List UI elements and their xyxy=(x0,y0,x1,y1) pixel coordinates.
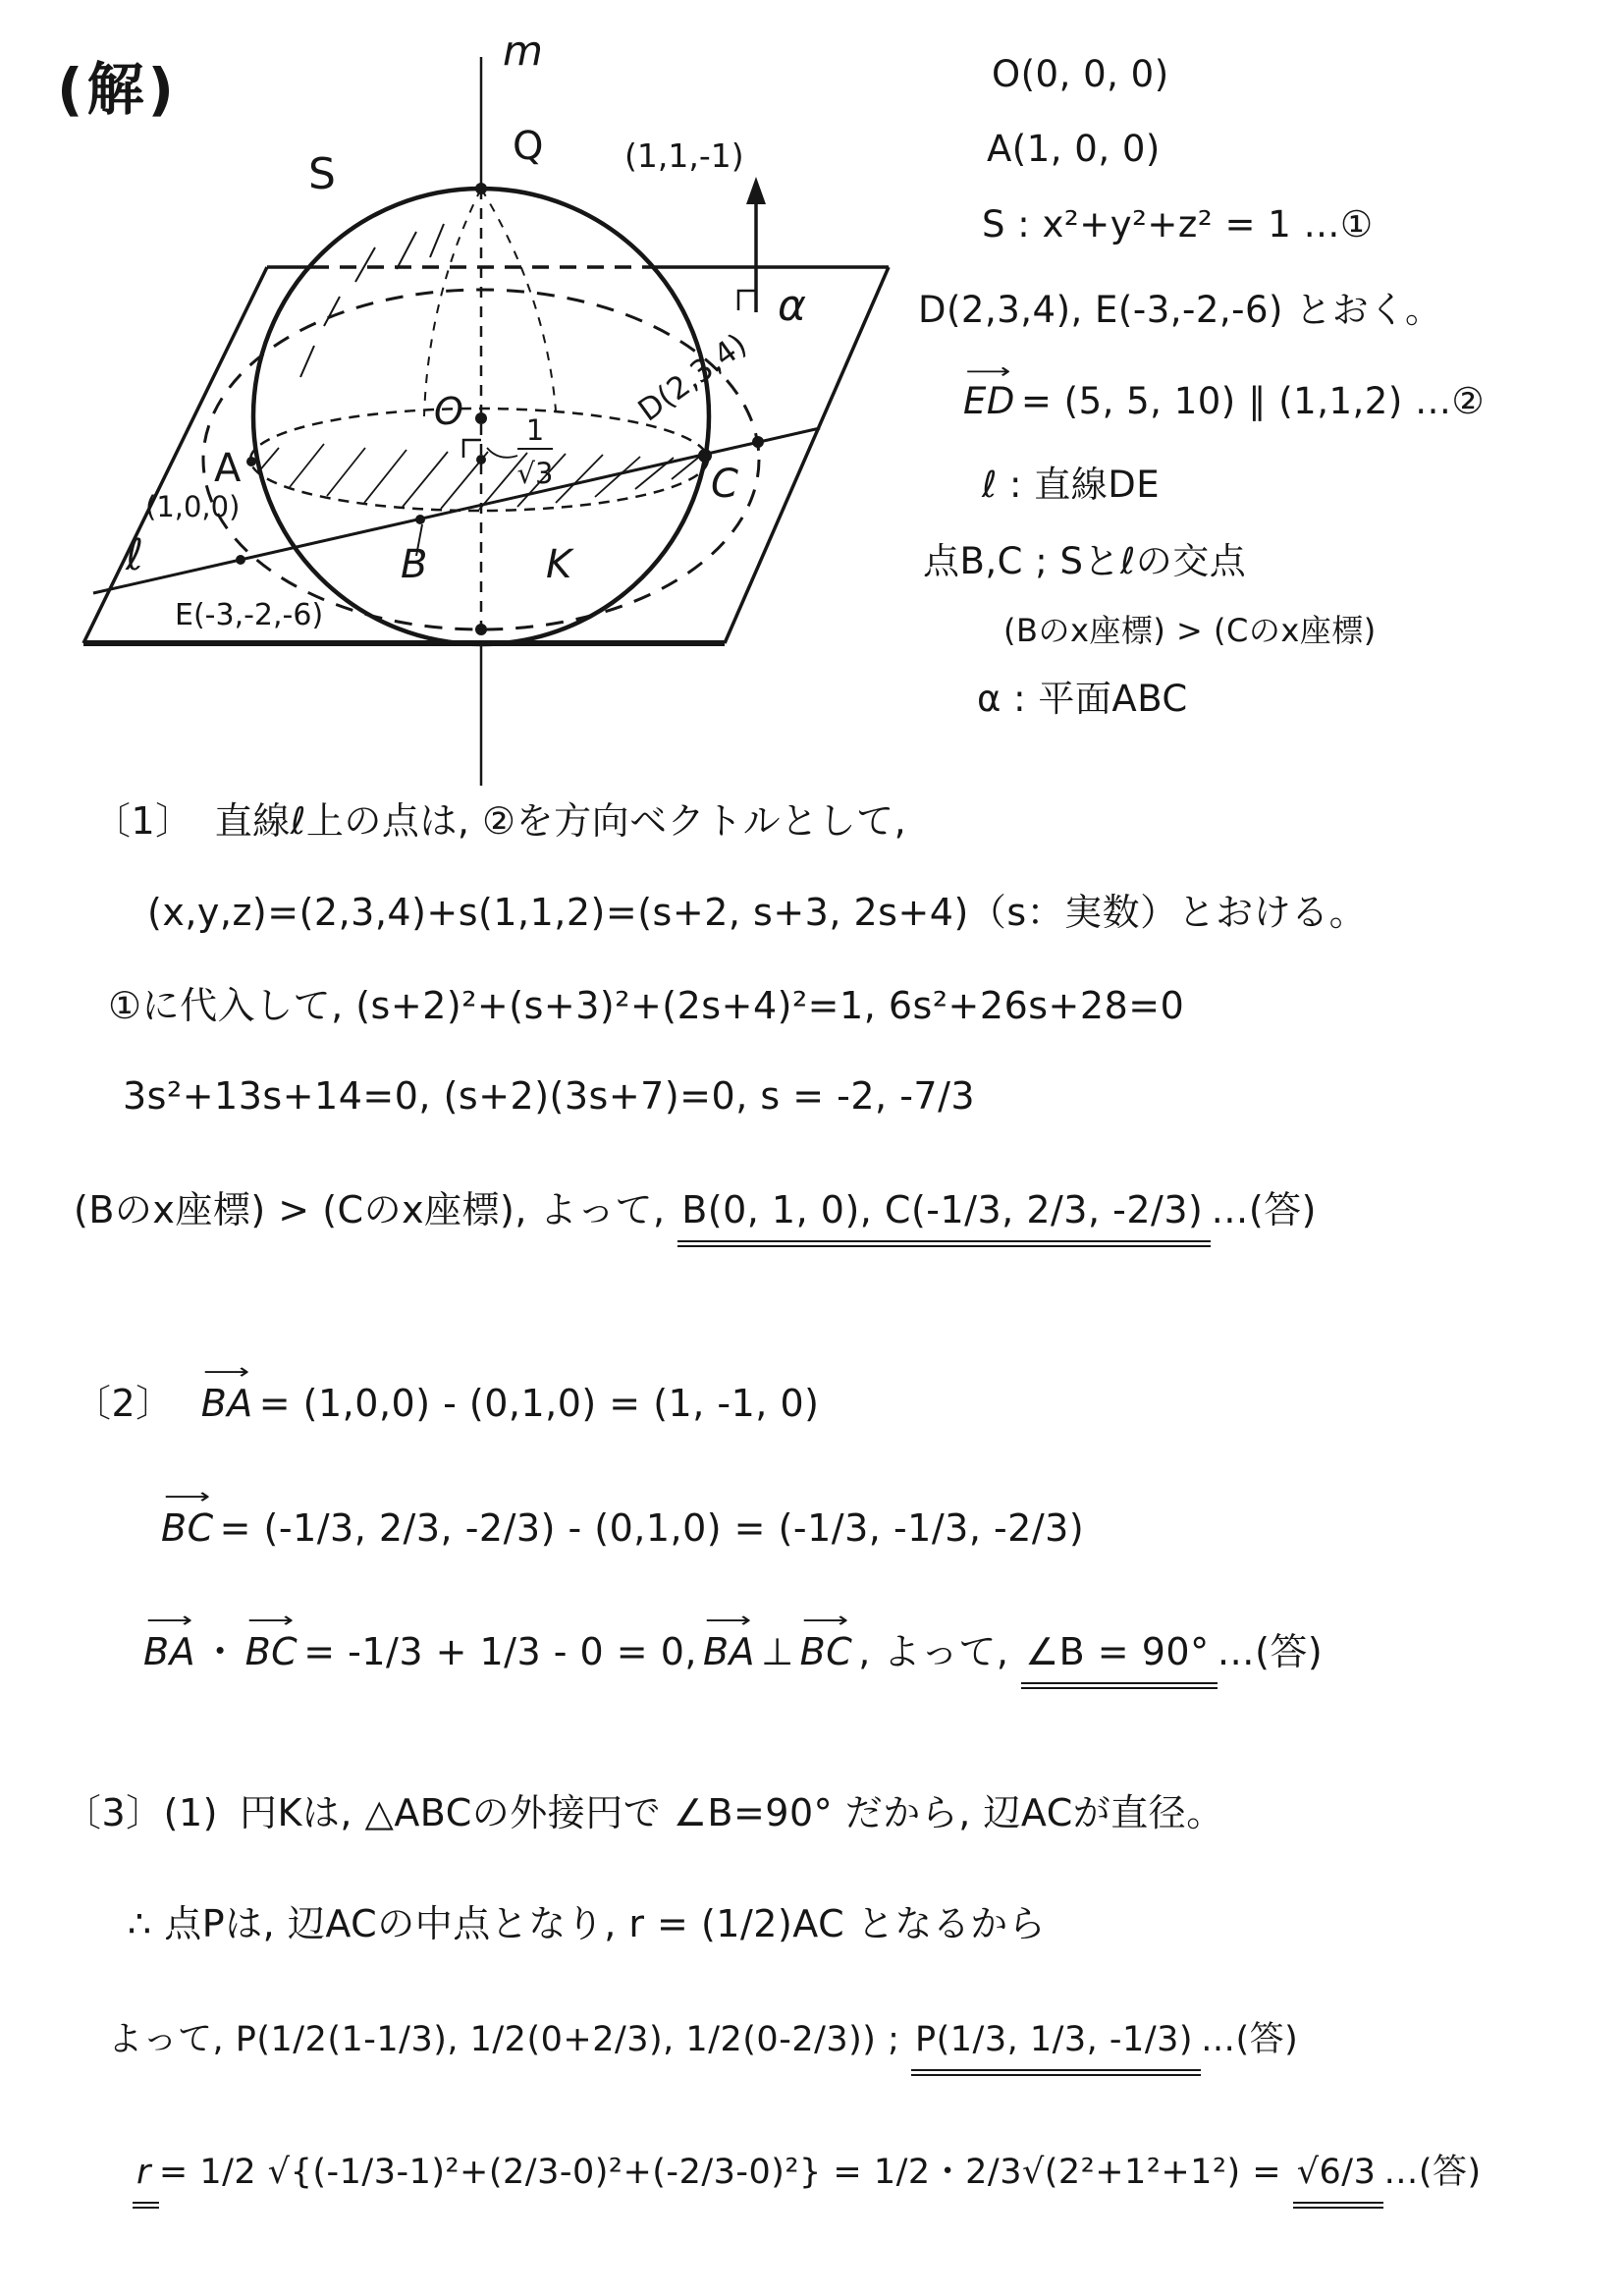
given-line-vector-ed: ED= (5, 5, 10) ∥ (1,1,2) …② xyxy=(957,378,1485,425)
section1-heading: 〔1〕直線ℓ上の点は, ②を方向ベクトルとして, xyxy=(93,797,906,846)
distance-denominator: √3 xyxy=(517,457,554,490)
point-q-label: Q xyxy=(513,124,543,169)
radius-r-symbol: r xyxy=(133,2151,159,2209)
vector-ba: BA xyxy=(201,1380,253,1428)
section2-line1: 〔2〕BA= (1,0,0) - (0,1,0) = (1, -1, 0) xyxy=(74,1380,819,1428)
vector-bc: BC xyxy=(161,1504,214,1553)
given-line-point-a: A(1, 0, 0) xyxy=(987,126,1161,173)
point-e-dot xyxy=(236,555,245,565)
section2-number: 〔2〕 xyxy=(74,1380,174,1428)
plane-alpha-label: α xyxy=(778,281,806,331)
point-c-dot xyxy=(698,449,712,463)
given-line-sphere: S : x²+y²+z² = 1 …① xyxy=(982,201,1374,248)
right-angle-mark-plane xyxy=(738,291,756,310)
section2-answer-mark: …(答) xyxy=(1218,1630,1324,1673)
point-o-dot xyxy=(475,412,487,424)
solution-page: (解) 1 √3 xyxy=(0,0,1624,2296)
section3-line2: ∴ 点Pは, 辺ACの中点となり, r = (1/2)AC となるから xyxy=(128,1900,1046,1948)
section3-line3: よって, P(1/2(1-1/3), 1/2(0+2/3), 1/2(0-2/3… xyxy=(108,2018,1298,2076)
right-angle-mark-p xyxy=(463,440,481,458)
section1-line2: (x,y,z)=(2,3,4)+s(1,1,2)=(s+2, s+3, 2s+4… xyxy=(147,889,1367,937)
section1-line3: ①に代入して, (s+2)²+(s+3)²+(2s+4)²=1, 6s²+26s… xyxy=(108,982,1184,1030)
section2-answer: ∠B = 90° xyxy=(1021,1628,1218,1689)
perpendicular-operator: ⊥ xyxy=(761,1630,794,1673)
given-line-points-bc: 点B,C ; Sとℓの交点 xyxy=(923,538,1246,585)
distance-numerator: 1 xyxy=(526,413,544,447)
radius-answer-mark: …(答) xyxy=(1383,2153,1481,2192)
vector-ba-3: BA xyxy=(703,1628,755,1676)
given-line-points-de: D(2,3,4), E(-3,-2,-6) とおく。 xyxy=(918,287,1442,334)
radius-answer: √6/3 xyxy=(1293,2151,1384,2209)
point-a-coords-label: (1,0,0) xyxy=(145,490,240,523)
circle-k-label: K xyxy=(546,542,574,587)
section3-p-calculation: よって, P(1/2(1-1/3), 1/2(0+2/3), 1/2(0-2/3… xyxy=(108,2020,911,2059)
vector-ed: ED xyxy=(963,378,1015,425)
given-line-line-l: ℓ : 直線DE xyxy=(982,462,1160,509)
given-line-x-condition: (Bのx座標) > (Cのx座標) xyxy=(1003,611,1377,652)
section2-line2: BC= (-1/3, 2/3, -2/3) - (0,1,0) = (-1/3,… xyxy=(155,1504,1084,1553)
point-b-label: B xyxy=(401,542,427,587)
point-p-dot xyxy=(476,455,486,465)
sphere-meridian-right xyxy=(481,189,556,410)
section3-heading: 〔3〕(1)円Kは, △ABCの外接円で ∠B=90° だから, 辺ACが直径。 xyxy=(64,1789,1224,1837)
sphere-s-label: S xyxy=(308,149,336,199)
section3-line4: r= 1/2 √{(-1/3-1)²+(2/3-0)²+(-2/3-0)²} =… xyxy=(133,2151,1482,2209)
point-a-label: A xyxy=(214,446,242,491)
vector-ba-value: = (1,0,0) - (0,1,0) = (1, -1, 0) xyxy=(259,1382,820,1425)
distance-pointer xyxy=(487,448,517,458)
point-d-dot xyxy=(752,436,764,448)
axis-m-label: m xyxy=(503,27,543,75)
point-e-label: E(-3,-2,-6) xyxy=(175,598,323,632)
section3-line1: 円Kは, △ABCの外接円で ∠B=90° だから, 辺ACが直径。 xyxy=(240,1791,1224,1834)
section1-number: 〔1〕 xyxy=(93,797,193,846)
given-line-plane-abc: α : 平面ABC xyxy=(977,676,1188,723)
section3-number: 〔3〕(1) xyxy=(64,1789,218,1837)
vector-bc-2: BC xyxy=(245,1628,298,1676)
plane-right-edge xyxy=(725,267,889,643)
section3-p-answer-mark: …(答) xyxy=(1201,2020,1298,2059)
section1-line1: 直線ℓ上の点は, ②を方向ベクトルとして, xyxy=(215,799,907,843)
point-d-label: D(2,3,4) xyxy=(632,327,754,429)
dot-product-operator: ・ xyxy=(201,1630,240,1673)
vector-bc-value: = (-1/3, 2/3, -2/3) - (0,1,0) = (-1/3, -… xyxy=(220,1506,1085,1550)
sphere-shading xyxy=(300,224,444,377)
vector-ed-value: = (5, 5, 10) ∥ (1,1,2) …② xyxy=(1021,380,1485,422)
line-l-label: ℓ xyxy=(125,530,143,580)
vector-ba-2: BA xyxy=(143,1628,195,1676)
section1-answer: B(0, 1, 0), C(-1/3, 2/3, -2/3) xyxy=(677,1186,1211,1247)
normal-vector-label: (1,1,-1) xyxy=(624,137,744,175)
radius-calculation: = 1/2 √{(-1/3-1)²+(2/3-0)²+(-2/3-0)²} = … xyxy=(159,2153,1281,2192)
center-o-label: O xyxy=(434,390,463,433)
section2-line3: BA・BC= -1/3 + 1/3 - 0 = 0,BA⊥BC, よって, ∠B… xyxy=(137,1628,1323,1689)
section1-result: (Bのx座標) > (Cのx座標), よって, B(0, 1, 0), C(-1… xyxy=(74,1186,1317,1247)
point-a-dot xyxy=(246,457,256,466)
given-line-origin: O(0, 0, 0) xyxy=(992,51,1169,98)
circle-k-bottom-dot xyxy=(475,624,487,635)
section3-p-answer: P(1/3, 1/3, -1/3) xyxy=(911,2018,1201,2076)
normal-arrow-head xyxy=(746,177,766,204)
point-q-dot xyxy=(475,183,487,194)
dot-product-value: = -1/3 + 1/3 - 0 = 0, xyxy=(303,1630,697,1673)
vector-bc-3: BC xyxy=(800,1628,853,1676)
sphere-meridian-left xyxy=(424,189,481,416)
section1-line4: 3s²+13s+14=0, (s+2)(3s+7)=0, s = -2, -7/… xyxy=(123,1072,975,1121)
point-c-label: C xyxy=(711,462,738,507)
section1-result-prefix: (Bのx座標) > (Cのx座標), よって, xyxy=(74,1188,677,1231)
section1-answer-mark: …(答) xyxy=(1211,1188,1317,1231)
section2-therefore: , よって, xyxy=(858,1630,1021,1673)
point-b-dot xyxy=(415,515,425,524)
